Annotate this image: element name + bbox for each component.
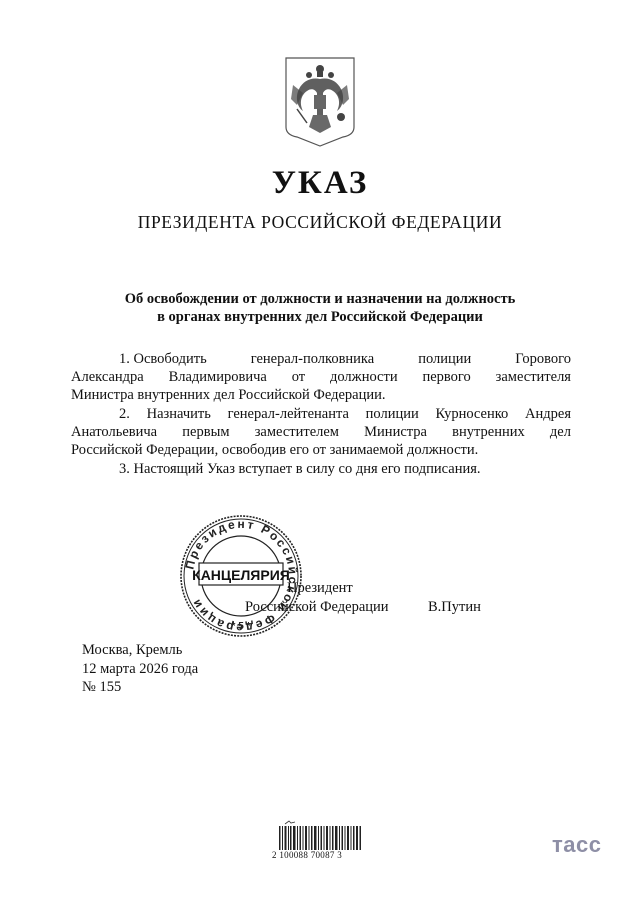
place-date-block: Москва, Кремль 12 марта 2026 года № 155 bbox=[82, 641, 198, 697]
word: внутренних bbox=[452, 423, 525, 441]
barcode-digits: 2 100088 70087 3 bbox=[272, 850, 342, 860]
word: заместителем bbox=[255, 423, 339, 441]
paragraph-2: 2. Назначить генерал-лейтенанта полиции … bbox=[71, 405, 571, 459]
document-subtitle: ПРЕЗИДЕНТА РОССИЙСКОЙ ФЕДЕРАЦИИ bbox=[0, 212, 640, 233]
signature-name: В.Путин bbox=[428, 599, 481, 616]
svg-text:КАНЦЕЛЯРИЯ: КАНЦЕЛЯРИЯ bbox=[192, 567, 290, 583]
heading-line-1: Об освобождении от должности и назначени… bbox=[0, 290, 640, 308]
word: Александра bbox=[71, 368, 144, 386]
paragraph-1-line-1: 1. Освободить генерал-полковника полиции… bbox=[71, 350, 571, 368]
word: Министра bbox=[364, 423, 427, 441]
signature-org: Российской Федерации bbox=[245, 599, 389, 616]
paragraph-2-line-2: Анатольевича первым заместителем Министр… bbox=[71, 423, 571, 441]
coat-of-arms-icon bbox=[283, 55, 357, 149]
heading-line-2: в органах внутренних дел Российской Феде… bbox=[0, 308, 640, 326]
place: Москва, Кремль bbox=[82, 641, 198, 660]
word: Горового bbox=[515, 350, 571, 368]
word: 1. Освободить bbox=[119, 350, 207, 368]
paragraph-2-line-3: Российской Федерации, освободив его от з… bbox=[71, 441, 571, 459]
paragraph-1-line-3: Министра внутренних дел Российской Федер… bbox=[71, 386, 571, 404]
paragraph-3: 3. Настоящий Указ вступает в силу со дня… bbox=[71, 460, 619, 478]
paragraph-1-line-2: Александра Владимировича от должности пе… bbox=[71, 368, 571, 386]
word: заместителя bbox=[496, 368, 571, 386]
word: первого bbox=[422, 368, 470, 386]
word: дел bbox=[550, 423, 571, 441]
word: от bbox=[292, 368, 305, 386]
paragraph-1: 1. Освободить генерал-полковника полиции… bbox=[71, 350, 571, 404]
tass-watermark: тасс bbox=[552, 832, 601, 858]
svg-text:* 5 *: * 5 * bbox=[232, 621, 251, 632]
word: генерал-полковника bbox=[251, 350, 375, 368]
document-heading: Об освобождении от должности и назначени… bbox=[0, 290, 640, 326]
paragraph-2-line-1: 2. Назначить генерал-лейтенанта полиции … bbox=[71, 405, 571, 423]
official-stamp-icon: Президент Российской Федерации КАНЦЕЛЯРИ… bbox=[173, 513, 309, 639]
date: 12 марта 2026 года bbox=[82, 660, 198, 679]
word: полиции bbox=[418, 350, 471, 368]
word: первым bbox=[182, 423, 229, 441]
decree-number: № 155 bbox=[82, 678, 198, 697]
document-title: УКАЗ bbox=[0, 165, 640, 202]
barcode-icon bbox=[279, 820, 361, 850]
word: должности bbox=[330, 368, 398, 386]
word: Владимировича bbox=[169, 368, 267, 386]
signature-title: Президент bbox=[287, 580, 353, 597]
word: Анатольевича bbox=[71, 423, 157, 441]
